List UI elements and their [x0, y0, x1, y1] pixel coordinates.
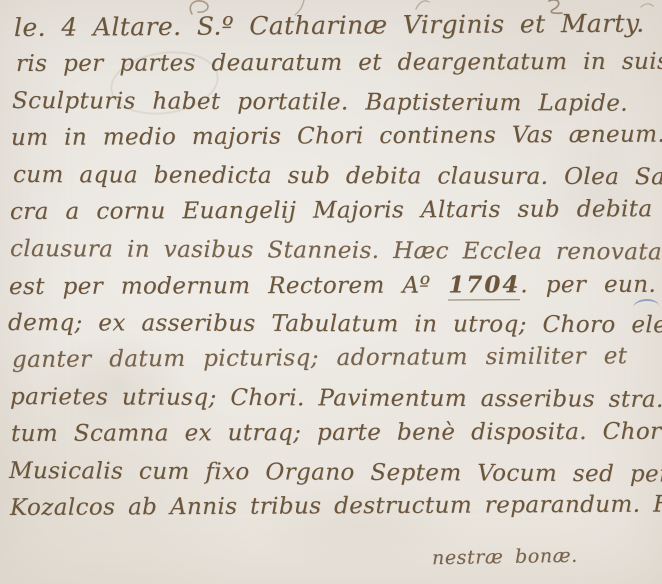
- year-1704: 1704: [448, 271, 520, 300]
- manuscript-line: parietes utriusq; Chori. Pavimentum asse…: [10, 379, 658, 419]
- catchword: nestræ bonæ.: [432, 545, 578, 570]
- line-8-suffix: . per eun.: [520, 272, 656, 298]
- manuscript-line: cum aqua benedicta sub debita clausura. …: [13, 157, 658, 196]
- manuscript-line: Kozalcos ab Annis tribus destructum repa…: [10, 487, 658, 527]
- manuscript-line: um in medio majoris Chori continens Vas …: [11, 117, 658, 157]
- manuscript-line: ris per partes deauratum et deargentatum…: [16, 44, 658, 83]
- line-8-prefix: est per modernum Rectorem Aº: [9, 272, 448, 300]
- manuscript-text-block: le. 4 Altare. S.º Catharinæ Virginis et …: [8, 9, 658, 527]
- manuscript-page: le. 4 Altare. S.º Catharinæ Virginis et …: [0, 0, 662, 584]
- manuscript-line-with-year: est per modernum Rectorem Aº 1704. per e…: [9, 266, 658, 305]
- manuscript-line: tum Scamna ex utraq; parte benè disposit…: [11, 414, 658, 453]
- manuscript-line: le. 4 Altare. S.º Catharinæ Virginis et …: [14, 5, 658, 46]
- manuscript-line: cra a cornu Euangelij Majoris Altaris su…: [10, 191, 658, 231]
- manuscript-line: ganter datum picturisq; adornatum simili…: [12, 338, 658, 379]
